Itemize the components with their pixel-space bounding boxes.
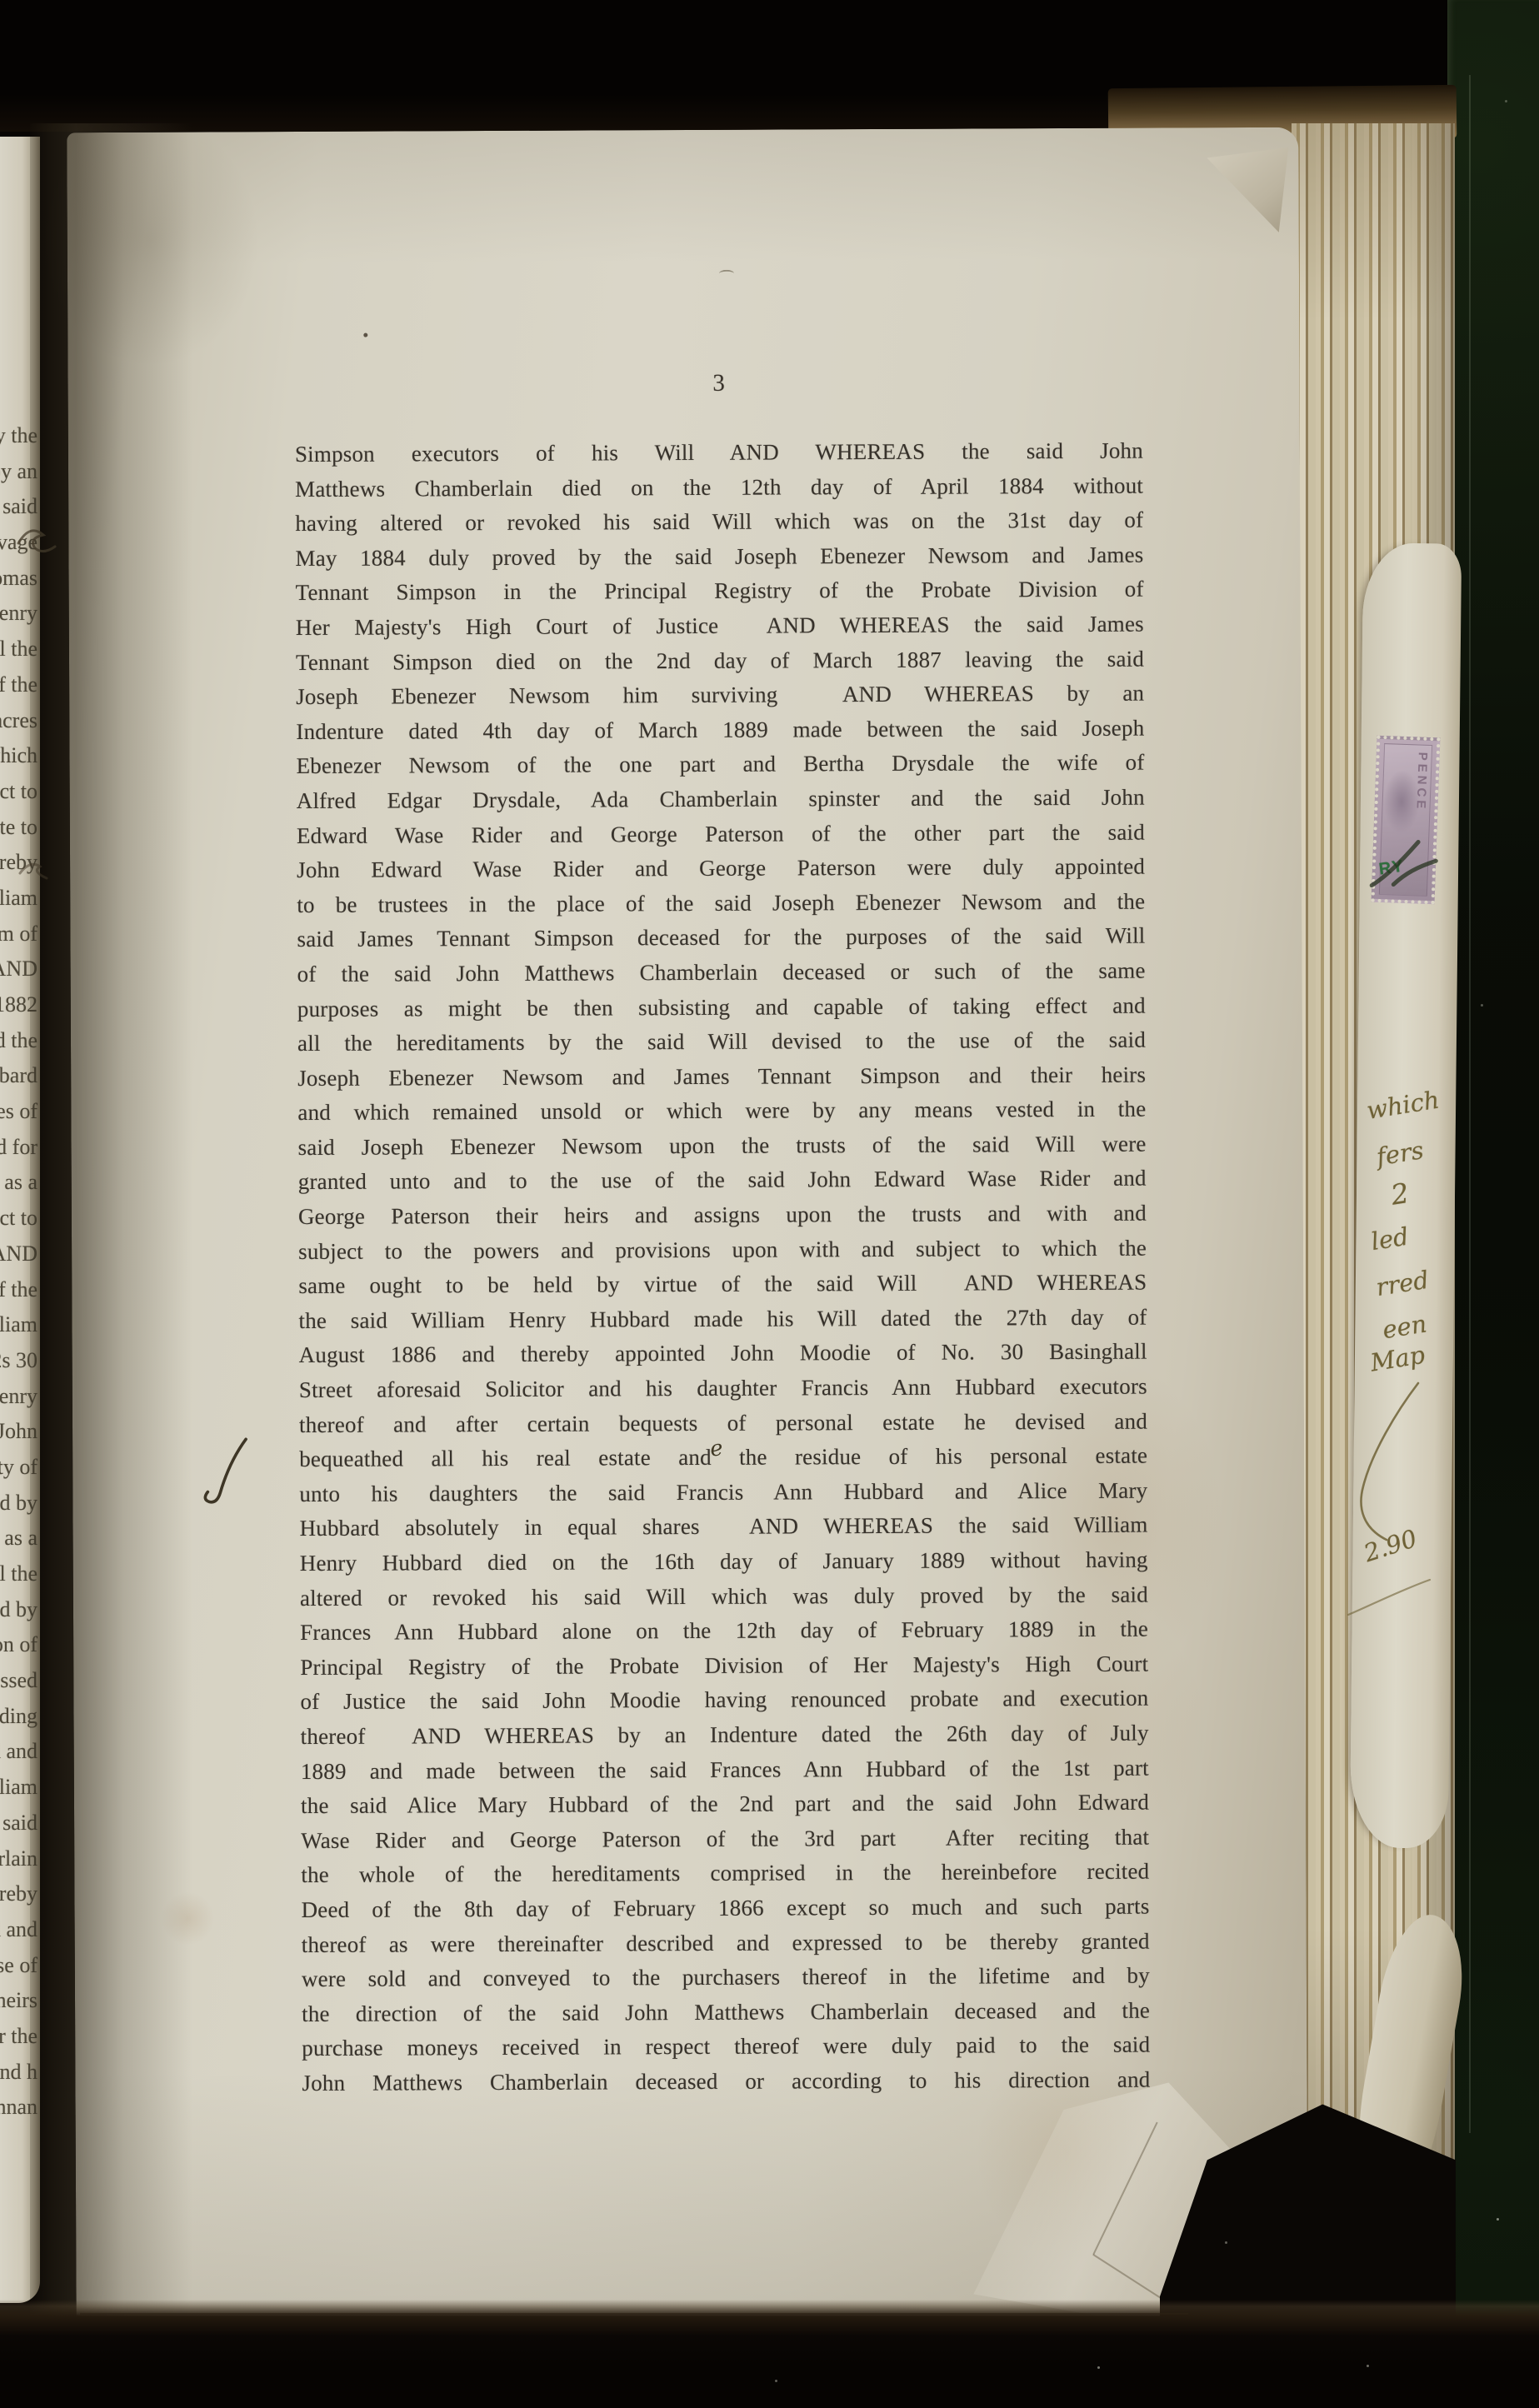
facing-page-text-fragment: ect to [0,1201,40,1236]
text-line: Street aforesaid Solicitor and his daugh… [299,1370,1147,1408]
facing-page-text-fragment: ces of [0,1094,40,1130]
facing-page-text-fragment: uding [0,1699,40,1735]
facing-page-text-fragment: l as a [0,1521,40,1556]
facing-page-text-fragment: Henry [0,596,40,632]
text-line: and which remained unsold or which were … [297,1092,1146,1131]
text-line: thereof AND WHEREAS by an Indenture date… [301,1716,1149,1755]
facing-page-text-fragment: John [0,1414,40,1450]
facing-page-text-fragment: bbard [0,1058,40,1094]
text-line: all the hereditaments by the said Will d… [297,1023,1146,1062]
text-line: Joseph Ebenezer Newsom him surviving AND… [296,677,1144,715]
text-line: Hubbard absolutely in equal shares AND W… [299,1508,1147,1546]
pencil-scribble [17,855,53,883]
folded-corner-top-right [1205,147,1288,232]
text-line: said James Tennant Simpson deceased for … [297,919,1145,957]
ink-cancel-mark [1368,834,1442,895]
paper-stain [161,1891,214,1945]
text-line: purchase moneys received in respect ther… [302,2028,1150,2066]
facing-page-text-fragment: erlain [0,1841,40,1877]
facing-page-text-fragment: which [0,738,40,774]
deed-text-body: Simpson executors of his Will AND WHEREA… [295,434,1151,2101]
text-line: the said William Henry Hubbard made his … [298,1300,1147,1338]
facing-page-text-fragment: use of [0,1948,40,1984]
text-line: Matthews Chamberlain died on the 12th da… [295,468,1143,507]
facing-page-text-fragment: ect to [0,774,40,810]
text-line: the said Alice Mary Hubbard of the 2nd p… [301,1786,1149,1824]
text-line: Simpson executors of his Will AND WHEREA… [295,434,1143,472]
text-line: 1889 and made between the said Frances A… [301,1751,1149,1789]
facing-page-text-fragment: illiam [0,1770,40,1806]
margin-note: which [1365,1086,1442,1125]
text-line: altered or revoked his said Will which w… [300,1577,1148,1616]
handwriting-flourish [1337,1376,1437,1551]
ink-speck [363,333,367,337]
text-line: Tennant Simpson in the Principal Registr… [296,572,1144,611]
text-line: thereof and after certain bequests of pe… [299,1404,1147,1442]
text-line: Deed of the 8th day of February 1866 exc… [301,1890,1149,1928]
facing-page-text-fragment: d and [0,1912,40,1948]
text-line: of the said John Matthews Chamberlain de… [297,954,1146,992]
facing-page-text-fragment: nd h [0,2055,40,2091]
text-line: purposes as might be then subsisting and… [297,988,1146,1027]
text-line: Alfred Edgar Drysdale, Ada Chamberlain s… [297,781,1145,819]
stray-ink-mark [719,270,734,277]
text-line: Frances Ann Hubbard alone on the 12th da… [300,1612,1148,1651]
text-line: Joseph Ebenezer Newsom and James Tennant… [297,1057,1146,1096]
text-line: Principal Registry of the Probate Divisi… [300,1646,1148,1685]
text-line: unto his daughters the said Francis Ann … [299,1473,1147,1511]
text-line: granted unto and to the use of the said … [298,1162,1147,1200]
text-line: May 1884 duly proved by the said Joseph … [295,537,1143,576]
text-line: John Edward Wase Rider and George Paters… [297,850,1145,888]
facing-page-sliver: y theby ansaidavageiomasHenryl thef thea… [0,137,40,2303]
facing-page-text-fragment: of the [0,1272,40,1308]
facing-page-text-fragment: ennan [0,2090,40,2126]
text-line: Tennant Simpson died on the 2nd day of M… [296,642,1144,680]
book-cover-edge [1447,0,1539,2408]
paper-stain [42,115,259,366]
facing-page-text-fragment: heirs [0,1983,40,2019]
facing-page-text-fragment: by an [0,454,40,490]
facing-page-text-fragment: 1882 [0,987,40,1023]
facing-page-text-fragment: ereby [0,1876,40,1912]
margin-note: rred [1374,1266,1431,1302]
facing-page-text-fragment: or the [0,2019,40,2055]
facing-page-text-fragment: ted by [0,1592,40,1628]
text-line: Indenture dated 4th day of March 1889 ma… [296,711,1144,749]
facing-page-text-fragment: 30 2s [0,1343,40,1379]
margin-note: led [1369,1222,1411,1256]
text-line: George Paterson their heirs and assigns … [298,1197,1147,1235]
text-line: said Joseph Ebenezer Newsom upon the tru… [297,1127,1146,1165]
facing-page-text-fragment: e said [0,1806,40,1841]
margin-note: 2 [1389,1177,1412,1211]
facing-page-text-fragment: l the [0,632,40,667]
facing-page-text-fragment: AND [0,952,40,987]
background-bottom [0,2300,1539,2408]
facing-page-text-fragment: ll the [0,1556,40,1592]
pencil-scribble [15,518,62,558]
facing-page-text-fragment: ate to [0,810,40,846]
facing-page-text-fragment: im of [0,917,40,952]
facing-page-text-fragment: ressed [0,1663,40,1699]
text-line: to be trustees in the place of the said … [297,884,1145,922]
margin-note: fers [1375,1136,1426,1171]
text-line: same ought to be held by virtue of the s… [298,1266,1147,1304]
text-line: the direction of the said John Matthews … [302,1993,1150,2031]
facing-page-text-fragment: iomas [0,561,40,597]
book-page-photo: PENCE RY whichfers2ledrredeenMap2.90 y t… [0,0,1539,2408]
facing-page-text-fragment: acres [0,703,40,739]
facing-page-text-fragment: d and [0,1734,40,1770]
dust-specks [1497,2218,1499,2221]
text-line: John Matthews Chamberlain deceased or ac… [302,2062,1150,2101]
text-line: subject to the powers and provisions upo… [298,1231,1147,1269]
handwritten-check-mark [199,1431,249,1508]
revenue-stamp: PENCE RY [1372,736,1441,905]
text-line: the whole of the hereditaments comprised… [301,1855,1149,1893]
facing-page-text-fragment: as a [0,1165,40,1201]
page-number: 3 [294,368,1142,399]
facing-page-text-fragment: y the [0,418,40,454]
text-line: Ebenezer Newsom of the one part and Bert… [296,746,1144,784]
margin-note: Map [1368,1341,1427,1377]
text-line: Her Majesty's High Court of Justice AND … [296,607,1144,646]
facing-page-text-fragment: d the [0,1023,40,1059]
text-line: of Justice the said John Moodie having r… [300,1681,1148,1720]
facing-page-text-fragment: City of [0,1450,40,1486]
facing-page-text-fragment: ed by [0,1486,40,1521]
facing-page-text-fragment: ion of [0,1627,40,1663]
document-page: 3 Simpson executors of his Will AND WHER… [67,127,1308,2337]
stamp-denomination-text: PENCE [1413,752,1429,812]
facing-page-text-fragment: Henry [0,1379,40,1415]
text-line: August 1886 and thereby appointed John M… [299,1335,1147,1373]
facing-page-text-fragment: illiam [0,881,40,917]
text-line: having altered or revoked his said Will … [295,503,1143,542]
text-line: were sold and conveyed to the purchasers… [302,1959,1150,1997]
text-line: thereof as were thereinafter described a… [302,1924,1150,1962]
text-line: Edward Wase Rider and George Paterson of… [297,815,1145,853]
text-line: Wase Rider and George Paterson of the 3r… [301,1820,1149,1858]
text-line: Henry Hubbard died on the 16th day of Ja… [300,1543,1148,1581]
handwriting-flourish-2 [1343,1573,1435,1623]
facing-page-text-fragment: f the [0,667,40,703]
margin-note: een [1381,1309,1429,1344]
facing-page-text-fragment: ed for [0,1130,40,1166]
facing-page-text-fragment: AND [0,1236,40,1272]
facing-page-text-fragment: illiam [0,1307,40,1343]
